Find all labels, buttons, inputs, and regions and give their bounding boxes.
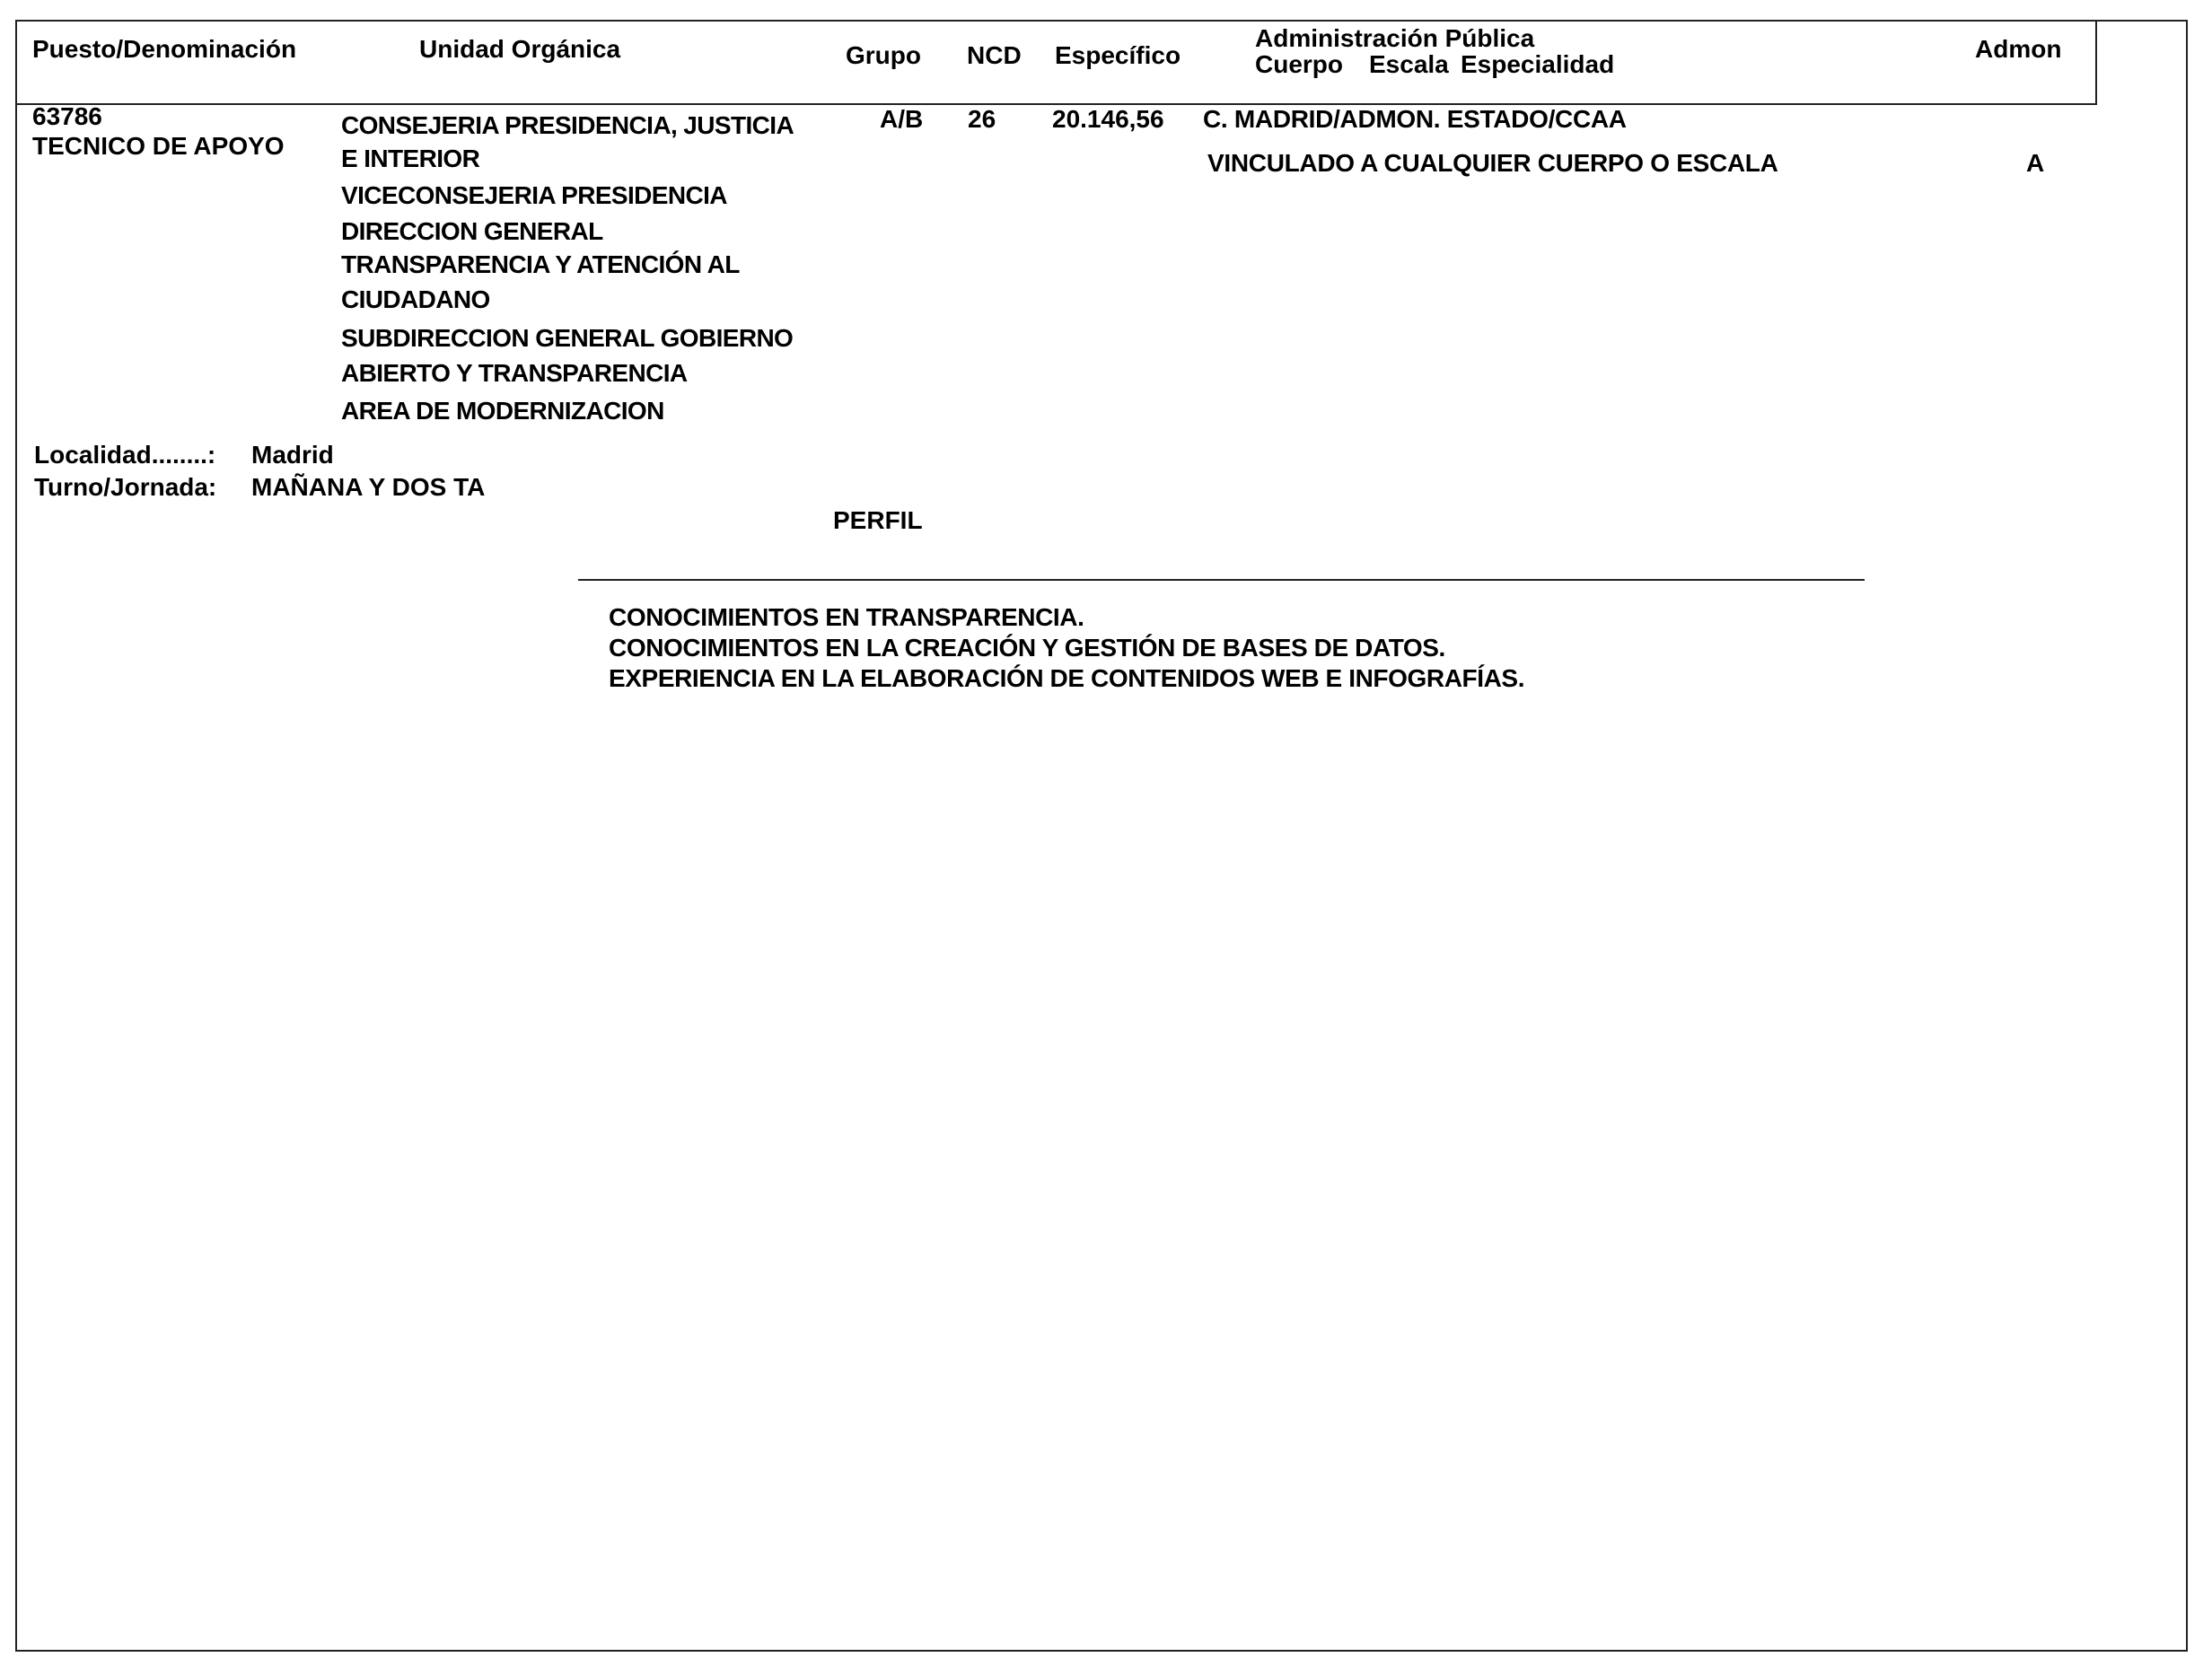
unidad-line: TRANSPARENCIA Y ATENCIÓN AL bbox=[341, 252, 740, 277]
header-puesto: Puesto/Denominación bbox=[32, 37, 296, 62]
header-especifico: Específico bbox=[1055, 43, 1181, 68]
perfil-title: PERFIL bbox=[833, 508, 923, 533]
unidad-line: DIRECCION GENERAL bbox=[341, 219, 603, 244]
administracion-value: C. MADRID/ADMON. ESTADO/CCAA bbox=[1203, 107, 1627, 132]
unidad-line: E INTERIOR bbox=[341, 146, 479, 171]
unidad-line: AREA DE MODERNIZACION bbox=[341, 399, 664, 424]
header-administracion-publica: Administración Pública bbox=[1255, 26, 1534, 51]
puesto-codigo: 63786 bbox=[32, 104, 102, 129]
admon-value: A bbox=[2026, 151, 2044, 176]
header-especialidad: Especialidad bbox=[1461, 52, 1614, 77]
perfil-line: CONOCIMIENTOS EN LA CREACIÓN Y GESTIÓN D… bbox=[609, 636, 1445, 661]
header-ncd: NCD bbox=[967, 43, 1022, 68]
perfil-line: CONOCIMIENTOS EN TRANSPARENCIA. bbox=[609, 605, 1084, 630]
turno-value: MAÑANA Y DOS TA bbox=[251, 475, 485, 500]
header-cuerpo: Cuerpo bbox=[1255, 52, 1343, 77]
perfil-line: EXPERIENCIA EN LA ELABORACIÓN DE CONTENI… bbox=[609, 666, 1524, 691]
header-admon: Admon bbox=[1975, 37, 2061, 62]
turno-label: Turno/Jornada: bbox=[34, 475, 216, 500]
perfil-divider bbox=[578, 579, 1865, 581]
especifico-value: 20.146,56 bbox=[1052, 107, 1164, 132]
grupo-value: A/B bbox=[880, 107, 923, 132]
localidad-value: Madrid bbox=[251, 443, 334, 468]
ncd-value: 26 bbox=[968, 107, 996, 132]
puesto-denominacion: TECNICO DE APOYO bbox=[32, 134, 285, 159]
cuerpo-escala-value: VINCULADO A CUALQUIER CUERPO O ESCALA bbox=[1207, 151, 1778, 176]
unidad-line: CONSEJERIA PRESIDENCIA, JUSTICIA bbox=[341, 113, 794, 138]
unidad-line: VICECONSEJERIA PRESIDENCIA bbox=[341, 183, 727, 208]
localidad-label: Localidad........: bbox=[34, 443, 215, 468]
header-unidad-organica: Unidad Orgánica bbox=[419, 37, 620, 62]
unidad-line: CIUDADANO bbox=[341, 287, 490, 312]
header-grupo: Grupo bbox=[846, 43, 921, 68]
header-escala: Escala bbox=[1369, 52, 1449, 77]
unidad-line: SUBDIRECCION GENERAL GOBIERNO bbox=[341, 326, 793, 351]
unidad-line: ABIERTO Y TRANSPARENCIA bbox=[341, 361, 688, 386]
